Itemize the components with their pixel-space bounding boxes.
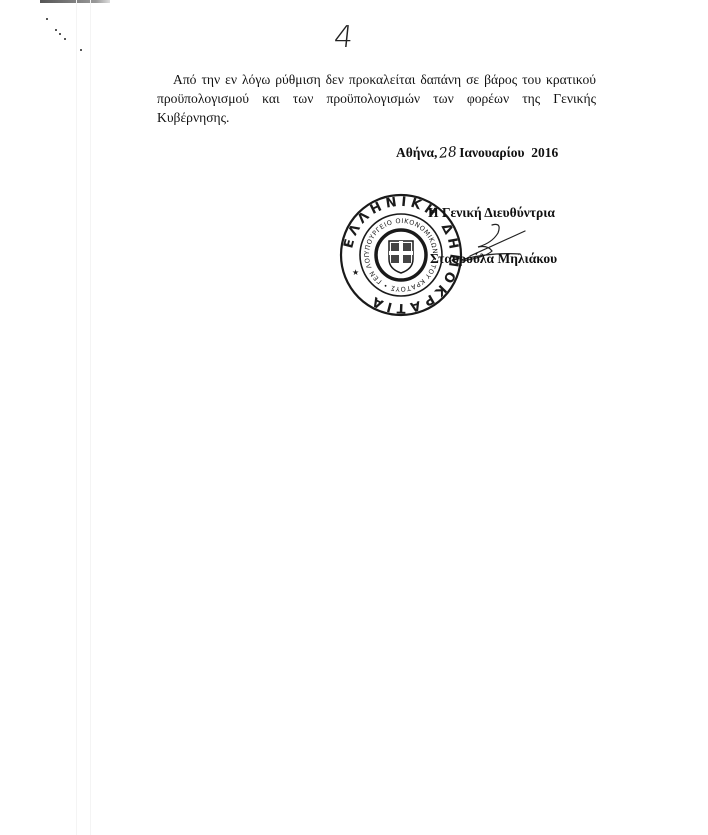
date-day-handwritten: 28 [439,144,458,162]
body-paragraph: Από την εν λόγω ρύθμιση δεν προκαλείται … [157,70,596,127]
date-line: Αθήνα,28Ιανουαρίου 2016 [396,145,558,161]
scan-edge-artifact [40,0,110,3]
date-city: Αθήνα, [396,145,437,160]
page-number: 4 [332,20,355,55]
date-month: Ιανουαρίου [459,145,524,160]
scan-speck [46,18,48,20]
scan-fold-line [90,0,91,835]
scan-speck [80,49,82,51]
signatory-name: Σταυρούλα Μηλιάκου [430,251,557,267]
scan-fold-line [76,0,77,835]
star-icon: ★ [352,268,359,277]
scan-speck [55,29,57,31]
scan-speck [64,38,66,40]
scan-speck [59,33,61,35]
signatory-title: Η Γενική Διευθύντρια [428,205,555,221]
coat-of-arms-icon [389,241,413,273]
date-year: 2016 [531,145,558,160]
